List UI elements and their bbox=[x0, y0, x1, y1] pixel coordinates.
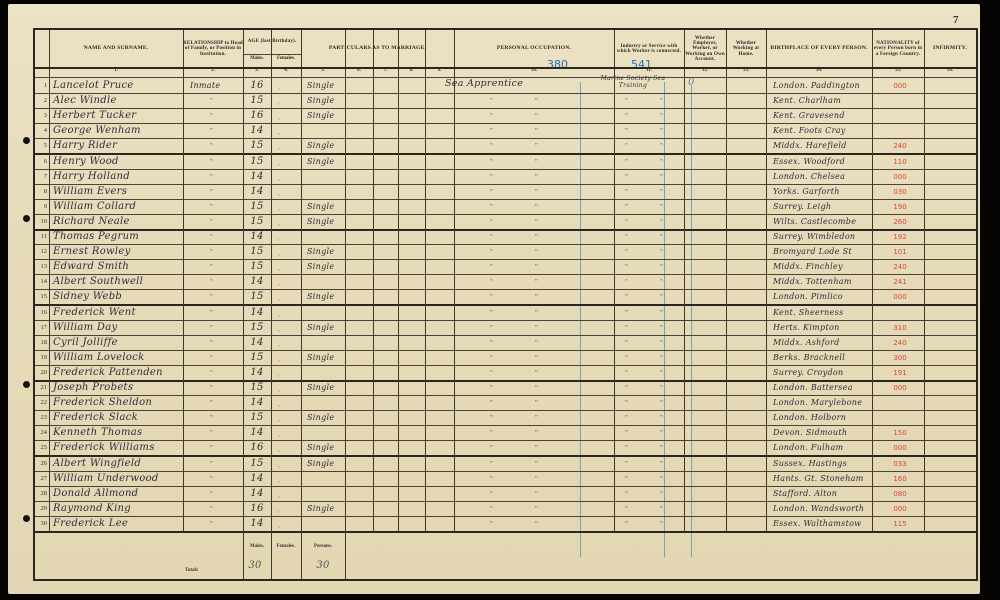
nationality-code: 000 bbox=[880, 384, 920, 392]
header-marriage: PARTICULARS as to MARRIAGE. bbox=[301, 32, 454, 66]
occupation-ditto: " bbox=[535, 354, 538, 362]
row-number: 29 bbox=[35, 505, 47, 512]
person-name: William Day bbox=[53, 322, 117, 333]
table-row: 25Frederick Williams"16ˏSingle""""London… bbox=[35, 441, 976, 456]
column-divider bbox=[684, 30, 685, 532]
page-number: 7 bbox=[953, 14, 959, 26]
occupation-ditto: " bbox=[535, 309, 538, 317]
birthplace: Devon. Sidmouth bbox=[773, 428, 847, 437]
relationship-ditto: " bbox=[210, 324, 213, 332]
marriage-status: Single bbox=[307, 292, 334, 301]
industry-ditto: " bbox=[660, 324, 663, 332]
occupation-ditto: " bbox=[535, 293, 538, 301]
occupation-ditto: " bbox=[490, 293, 493, 301]
occupation-ditto: " bbox=[535, 142, 538, 150]
age-female-mark: ˏ bbox=[278, 339, 280, 347]
row-number: 21 bbox=[35, 384, 47, 391]
nationality-code: 000 bbox=[880, 505, 920, 513]
column-divider bbox=[425, 30, 426, 532]
totals-divider bbox=[243, 532, 244, 579]
industry-ditto: " bbox=[660, 505, 663, 513]
column-divider bbox=[726, 30, 727, 532]
industry-ditto: " bbox=[625, 339, 628, 347]
nationality-code: 310 bbox=[880, 324, 920, 332]
industry-ditto: " bbox=[625, 218, 628, 226]
totals-persons-label: Persons. bbox=[301, 544, 345, 549]
age-male: 14 bbox=[243, 125, 271, 136]
table-row: 10Richard Neale"15ˏSingle""""Wilts. Cast… bbox=[35, 215, 976, 230]
marriage-status: Single bbox=[307, 217, 334, 226]
occupation-ditto: " bbox=[490, 278, 493, 286]
occupation-ditto: " bbox=[535, 399, 538, 407]
industry-ditto: " bbox=[660, 520, 663, 528]
column-divider bbox=[301, 30, 302, 532]
occupation-ditto: " bbox=[535, 218, 538, 226]
age-male: 14 bbox=[243, 231, 271, 242]
header-age-males: Males. bbox=[243, 56, 271, 61]
row-divider bbox=[35, 77, 976, 78]
column-number: 8. bbox=[398, 68, 425, 77]
age-female-mark: ˏ bbox=[278, 188, 280, 196]
age-male: 15 bbox=[243, 216, 271, 227]
age-male: 14 bbox=[243, 307, 271, 318]
column-number: 13. bbox=[726, 68, 766, 77]
industry-ditto: " bbox=[625, 414, 628, 422]
table-row: 4George Wenham"14ˏ""""Kent. Foots Cray bbox=[35, 124, 976, 139]
birthplace: London. Holborn bbox=[773, 413, 846, 422]
column-divider bbox=[398, 30, 399, 532]
age-male: 15 bbox=[243, 246, 271, 257]
table-row: 21Joseph Probets"15ˏSingle""""London. Ba… bbox=[35, 381, 976, 396]
table-row: 12Ernest Rowley"15ˏSingle""""Bromyard Lo… bbox=[35, 245, 976, 260]
age-male: 16 bbox=[243, 503, 271, 514]
person-name: William Collard bbox=[53, 201, 136, 212]
birthplace: Middx. Harefield bbox=[773, 141, 847, 150]
table-row: 15Sidney Webb"15ˏSingle""""London. Pimli… bbox=[35, 290, 976, 305]
table-row: 9William Collard"15ˏSingle""""Surrey. Le… bbox=[35, 200, 976, 215]
industry-ditto: " bbox=[660, 218, 663, 226]
age-female-mark: ˏ bbox=[278, 218, 280, 226]
column-number: 7. bbox=[373, 68, 398, 77]
industry-ditto: " bbox=[660, 112, 663, 120]
age-female-mark: ˏ bbox=[278, 142, 280, 150]
occupation-ditto: " bbox=[535, 233, 538, 241]
birthplace: London. Wandsworth bbox=[773, 504, 864, 513]
column-number: 2. bbox=[183, 68, 243, 77]
industry-ditto: " bbox=[625, 369, 628, 377]
industry-ditto: " bbox=[660, 460, 663, 468]
occupation-ditto: " bbox=[490, 158, 493, 166]
occupation-ditto: " bbox=[535, 324, 538, 332]
age-male: 15 bbox=[243, 95, 271, 106]
industry-ditto: " bbox=[625, 142, 628, 150]
column-divider bbox=[454, 30, 455, 532]
occupation-ditto: " bbox=[535, 127, 538, 135]
row-divider bbox=[35, 67, 976, 69]
occupation-ditto: " bbox=[490, 97, 493, 105]
relationship-ditto: " bbox=[210, 158, 213, 166]
table-row: 29Raymond King"16ˏSingle""""London. Wand… bbox=[35, 502, 976, 517]
occupation-ditto: " bbox=[490, 354, 493, 362]
occupation-ditto: " bbox=[535, 263, 538, 271]
relationship-ditto: " bbox=[210, 142, 213, 150]
row-number: 7 bbox=[35, 173, 47, 180]
industry-ditto: " bbox=[625, 399, 628, 407]
birthplace: Kent. Sheerness bbox=[773, 308, 843, 317]
birthplace: Kent. Gravesend bbox=[773, 111, 845, 120]
totals-divider bbox=[271, 532, 272, 579]
occupation-ditto: " bbox=[535, 444, 538, 452]
age-female-mark: ˏ bbox=[278, 384, 280, 392]
age-male: 16 bbox=[243, 110, 271, 121]
header-employer: Whether Employer, Worker, or Working on … bbox=[684, 32, 726, 66]
nationality-code: 300 bbox=[880, 354, 920, 362]
table-row: 1Lancelot PruceInmate16ˏSingleLondon. Pa… bbox=[35, 79, 976, 94]
person-name: Edward Smith bbox=[53, 261, 129, 272]
birthplace: Kent. Foots Cray bbox=[773, 126, 846, 135]
nationality-code: 000 bbox=[880, 444, 920, 452]
person-name: Cyril Jolliffe bbox=[53, 337, 118, 348]
nationality-code: 240 bbox=[880, 142, 920, 150]
nationality-code: 110 bbox=[880, 158, 920, 166]
person-name: Frederick Sheldon bbox=[53, 397, 152, 408]
industry-ditto: " bbox=[625, 429, 628, 437]
industry-ditto: " bbox=[660, 248, 663, 256]
header-relationship: RELATIONSHIP to Head of Family, or Posit… bbox=[183, 32, 243, 66]
industry-ditto: " bbox=[660, 293, 663, 301]
occupation-ditto: " bbox=[535, 460, 538, 468]
occupation-ditto: " bbox=[490, 444, 493, 452]
occupation-ditto: " bbox=[490, 369, 493, 377]
relationship-ditto: " bbox=[210, 429, 213, 437]
age-female-mark: ˏ bbox=[278, 324, 280, 332]
nationality-code: 000 bbox=[880, 82, 920, 90]
row-number: 22 bbox=[35, 399, 47, 406]
totals-females-label: Females. bbox=[271, 544, 301, 549]
row-number: 12 bbox=[35, 248, 47, 255]
age-female-mark: ˏ bbox=[278, 429, 280, 437]
marriage-status: Single bbox=[307, 111, 334, 120]
person-name: Joseph Probets bbox=[53, 382, 133, 393]
industry-ditto: " bbox=[625, 293, 628, 301]
birthplace: Kent. Charlham bbox=[773, 96, 841, 105]
age-female-mark: ˏ bbox=[278, 82, 280, 90]
person-name: Sidney Webb bbox=[53, 291, 122, 302]
row-number: 5 bbox=[35, 142, 47, 149]
industry-ditto: " bbox=[625, 309, 628, 317]
column-divider bbox=[345, 30, 346, 532]
table-row: 26Albert Wingfield"15ˏSingle""""Sussex. … bbox=[35, 457, 976, 472]
relationship-ditto: " bbox=[210, 505, 213, 513]
birthplace: Bromyard Lode St bbox=[773, 247, 852, 256]
relationship-ditto: " bbox=[210, 399, 213, 407]
header-occupation: PERSONAL OCCUPATION. bbox=[454, 32, 614, 66]
occupation-ditto: " bbox=[535, 490, 538, 498]
occupation-ditto: " bbox=[490, 188, 493, 196]
age-male: 15 bbox=[243, 201, 271, 212]
person-name: Alec Windle bbox=[53, 95, 117, 106]
column-divider bbox=[373, 30, 374, 532]
table-row: 8William Evers"14ˏ""""Yorks. Garforth030 bbox=[35, 185, 976, 200]
occupation-ditto: " bbox=[490, 505, 493, 513]
census-sheet: 7 NAME AND SURNAME. RELATIONSHIP to Head… bbox=[8, 4, 980, 594]
person-name: Albert Wingfield bbox=[53, 458, 141, 469]
occupation-ditto: " bbox=[535, 384, 538, 392]
age-male: 15 bbox=[243, 352, 271, 363]
relationship-ditto: " bbox=[210, 414, 213, 422]
column-number: 12. bbox=[684, 68, 726, 77]
column-divider bbox=[766, 30, 767, 532]
industry-ditto: " bbox=[625, 158, 628, 166]
relationship-ditto: " bbox=[210, 203, 213, 211]
relationship-ditto: " bbox=[210, 490, 213, 498]
industry-ditto: " bbox=[660, 263, 663, 271]
occupation-ditto: " bbox=[490, 384, 493, 392]
row-number: 24 bbox=[35, 429, 47, 436]
age-female-mark: ˏ bbox=[278, 248, 280, 256]
table-row: 7Harry Holland"14ˏ""""London. Chelsea000 bbox=[35, 170, 976, 185]
industry-ditto: " bbox=[660, 354, 663, 362]
marriage-status: Single bbox=[307, 157, 334, 166]
industry-ditto: " bbox=[660, 127, 663, 135]
header-at-home: Whether Working at Home. bbox=[726, 32, 766, 66]
nationality-code: 192 bbox=[880, 233, 920, 241]
relationship-ditto: " bbox=[210, 475, 213, 483]
birthplace: London. Battersea bbox=[773, 383, 853, 392]
industry-ditto: " bbox=[660, 309, 663, 317]
birthplace: London. Paddington bbox=[773, 81, 860, 90]
person-name: Lancelot Pruce bbox=[53, 80, 134, 91]
age-female-mark: ˏ bbox=[278, 414, 280, 422]
column-number: 6. bbox=[345, 68, 373, 77]
age-male: 14 bbox=[243, 171, 271, 182]
person-name: George Wenham bbox=[53, 125, 141, 136]
industry-ditto: " bbox=[660, 278, 663, 286]
industry-ditto: " bbox=[660, 233, 663, 241]
header-name: NAME AND SURNAME. bbox=[49, 32, 183, 66]
birthplace: Wilts. Castlecombe bbox=[773, 217, 856, 226]
column-number: 10. bbox=[454, 68, 614, 77]
table-row: 18Cyril Jolliffe"14ˏ""""Middx. Ashford24… bbox=[35, 336, 976, 351]
nationality-code: 150 bbox=[880, 429, 920, 437]
age-female-mark: ˏ bbox=[278, 173, 280, 181]
column-number: 16. bbox=[924, 68, 976, 77]
industry-ditto: " bbox=[625, 127, 628, 135]
occupation-ditto: " bbox=[490, 218, 493, 226]
age-female-mark: ˏ bbox=[278, 112, 280, 120]
row-number: 11 bbox=[35, 233, 47, 240]
person-name: Kenneth Thomas bbox=[53, 427, 142, 438]
occupation-ditto: " bbox=[490, 460, 493, 468]
row-number: 30 bbox=[35, 520, 47, 527]
relationship-ditto: " bbox=[210, 354, 213, 362]
age-female-mark: ˏ bbox=[278, 520, 280, 528]
age-female-mark: ˏ bbox=[278, 293, 280, 301]
table-row: 20Frederick Pattenden"14ˏ""""Surrey. Cro… bbox=[35, 366, 976, 381]
occupation-ditto: " bbox=[490, 399, 493, 407]
marriage-status: Single bbox=[307, 413, 334, 422]
nationality-code: 240 bbox=[880, 339, 920, 347]
occupation-ditto: " bbox=[490, 414, 493, 422]
occupation-ditto: " bbox=[490, 520, 493, 528]
industry-ditto: " bbox=[625, 203, 628, 211]
birthplace: London. Marylebone bbox=[773, 398, 862, 407]
age-female-mark: ˏ bbox=[278, 203, 280, 211]
totals-males-label: Males. bbox=[243, 544, 271, 549]
person-name: William Evers bbox=[53, 186, 127, 197]
column-number: 1. bbox=[49, 68, 183, 77]
age-female-mark: ˏ bbox=[278, 127, 280, 135]
table-row: 5Harry Rider"15ˏSingle""""Middx. Harefie… bbox=[35, 139, 976, 154]
industry-ditto: " bbox=[625, 475, 628, 483]
age-female-mark: ˏ bbox=[278, 97, 280, 105]
marriage-status: Single bbox=[307, 353, 334, 362]
industry-ditto: " bbox=[660, 490, 663, 498]
industry-ditto: " bbox=[625, 112, 628, 120]
age-male: 16 bbox=[243, 80, 271, 91]
industry-ditto: " bbox=[625, 460, 628, 468]
industry-ditto: " bbox=[625, 248, 628, 256]
occupation-ditto: " bbox=[535, 278, 538, 286]
industry-ditto: " bbox=[660, 444, 663, 452]
occupation-ditto: " bbox=[535, 203, 538, 211]
header-nationality: NATIONALITY of every Person born in a Fo… bbox=[872, 32, 924, 66]
occupation-ditto: " bbox=[535, 414, 538, 422]
relationship: Inmate bbox=[190, 81, 220, 90]
industry-ditto: " bbox=[625, 354, 628, 362]
relationship-ditto: " bbox=[210, 293, 213, 301]
relationship-ditto: " bbox=[210, 112, 213, 120]
relationship-ditto: " bbox=[210, 218, 213, 226]
age-male: 14 bbox=[243, 337, 271, 348]
birthplace: Middx. Tottenham bbox=[773, 277, 852, 286]
occupation-ditto: " bbox=[535, 158, 538, 166]
birthplace: Herts. Kimpton bbox=[773, 323, 840, 332]
column-divider bbox=[924, 30, 925, 532]
header-birthplace: BIRTHPLACE of every Person. bbox=[766, 32, 872, 66]
age-male: 14 bbox=[243, 186, 271, 197]
occupation-ditto: " bbox=[490, 429, 493, 437]
occupation-ditto: " bbox=[535, 97, 538, 105]
census-form-table: NAME AND SURNAME. RELATIONSHIP to Head o… bbox=[33, 28, 978, 581]
header-age: AGE (last Birthday). bbox=[243, 32, 301, 52]
row-number: 3 bbox=[35, 112, 47, 119]
person-name: Ernest Rowley bbox=[53, 246, 131, 257]
industry-ditto: " bbox=[625, 505, 628, 513]
occupation-ditto: " bbox=[535, 248, 538, 256]
age-male: 16 bbox=[243, 442, 271, 453]
nationality-code: 115 bbox=[880, 520, 920, 528]
age-female-mark: ˏ bbox=[278, 490, 280, 498]
age-male: 15 bbox=[243, 458, 271, 469]
occupation-ditto: " bbox=[490, 173, 493, 181]
totals-label: Totals bbox=[185, 568, 198, 573]
occupation-ditto: " bbox=[490, 324, 493, 332]
nationality-code: 241 bbox=[880, 278, 920, 286]
punch-hole bbox=[23, 137, 30, 144]
marriage-status: Single bbox=[307, 96, 334, 105]
row-number: 23 bbox=[35, 414, 47, 421]
age-male: 15 bbox=[243, 322, 271, 333]
table-row: 2Alec Windle"15ˏSingle""""Kent. Charlham bbox=[35, 94, 976, 109]
marriage-status: Single bbox=[307, 247, 334, 256]
occupation-ditto: " bbox=[490, 309, 493, 317]
person-name: Frederick Slack bbox=[53, 412, 138, 423]
industry-ditto: " bbox=[660, 414, 663, 422]
table-row: 19William Lovelock"15ˏSingle""""Berks. B… bbox=[35, 351, 976, 366]
age-male: 15 bbox=[243, 412, 271, 423]
column-number: 3. bbox=[243, 68, 271, 77]
table-row: 16Frederick Went"14ˏ""""Kent. Sheerness bbox=[35, 306, 976, 321]
age-female-mark: ˏ bbox=[278, 399, 280, 407]
age-male: 14 bbox=[243, 276, 271, 287]
person-name: Frederick Lee bbox=[53, 518, 128, 529]
table-row: 11Thomas Pegrum"14ˏ""""Surrey. Wimbledon… bbox=[35, 230, 976, 245]
industry-ditto: " bbox=[625, 444, 628, 452]
age-male: 15 bbox=[243, 261, 271, 272]
column-number: 14. bbox=[766, 68, 872, 77]
industry-ditto: " bbox=[625, 233, 628, 241]
person-name: William Underwood bbox=[53, 473, 159, 484]
row-number: 18 bbox=[35, 339, 47, 346]
header-infirmity: INFIRMITY. bbox=[924, 32, 976, 66]
punch-hole bbox=[23, 215, 30, 222]
person-name: Frederick Pattenden bbox=[53, 367, 163, 378]
industry-ditto: " bbox=[625, 173, 628, 181]
row-number: 16 bbox=[35, 309, 47, 316]
totals-males: 30 bbox=[240, 560, 270, 571]
industry-ditto: " bbox=[625, 324, 628, 332]
person-name: Herbert Tucker bbox=[53, 110, 136, 121]
table-row: 30Frederick Lee"14ˏ""""Essex. Walthamsto… bbox=[35, 517, 976, 532]
row-number: 19 bbox=[35, 354, 47, 361]
column-number: 5. bbox=[301, 68, 345, 77]
age-male: 14 bbox=[243, 488, 271, 499]
occupation-ditto: " bbox=[490, 248, 493, 256]
occupation-ditto: " bbox=[535, 520, 538, 528]
industry-ditto: " bbox=[660, 384, 663, 392]
age-female-mark: ˏ bbox=[278, 505, 280, 513]
row-number: 15 bbox=[35, 293, 47, 300]
row-number: 28 bbox=[35, 490, 47, 497]
age-male: 14 bbox=[243, 427, 271, 438]
occupation-ditto: " bbox=[535, 173, 538, 181]
occupation-ditto: " bbox=[490, 112, 493, 120]
person-name: Donald Allmond bbox=[53, 488, 138, 499]
column-divider bbox=[872, 30, 873, 532]
nationality-code: 080 bbox=[880, 490, 920, 498]
person-name: Raymond King bbox=[53, 503, 131, 514]
person-name: Harry Holland bbox=[53, 171, 130, 182]
column-number: 9. bbox=[425, 68, 454, 77]
relationship-ditto: " bbox=[210, 444, 213, 452]
industry-ditto: " bbox=[625, 97, 628, 105]
nationality-code: 033 bbox=[880, 460, 920, 468]
occupation-ditto: " bbox=[490, 203, 493, 211]
age-female-mark: ˏ bbox=[278, 263, 280, 271]
occupation-ditto: " bbox=[490, 127, 493, 135]
birthplace: Yorks. Garforth bbox=[773, 187, 840, 196]
row-number: 17 bbox=[35, 324, 47, 331]
totals-divider bbox=[345, 532, 346, 579]
age-female-mark: ˏ bbox=[278, 158, 280, 166]
occupation-ditto: " bbox=[535, 475, 538, 483]
industry-code: 541 bbox=[631, 58, 652, 71]
relationship-ditto: " bbox=[210, 369, 213, 377]
industry-ditto: " bbox=[625, 263, 628, 271]
nationality-code: 191 bbox=[880, 369, 920, 377]
marriage-status: Single bbox=[307, 443, 334, 452]
